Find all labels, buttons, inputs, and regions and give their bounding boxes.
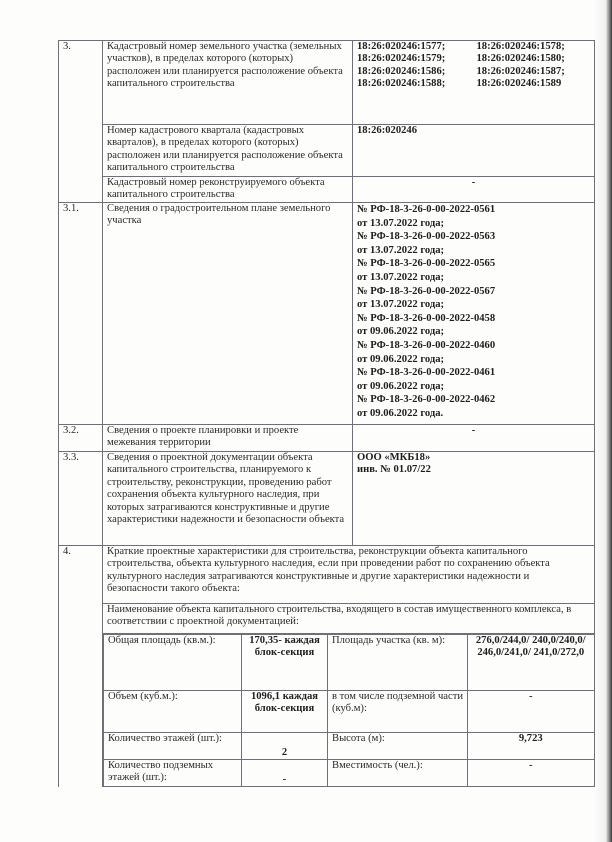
plan-number: № РФ-18-3-26-0-00-2022-0563 xyxy=(357,230,590,244)
permit-document: 3. Кадастровый номер земельного участка … xyxy=(58,40,595,787)
underground-volume-value: - xyxy=(468,691,595,733)
capacity-value: - xyxy=(468,760,595,787)
row-number: 3.2. xyxy=(59,425,103,452)
row-area: Общая площадь (кв.м.): 170,35- каждая бл… xyxy=(104,635,595,691)
plot-area-value: 276,0/244,0/ 240,0/240,0/ 246,0/241,0/ 2… xyxy=(468,635,595,691)
cadastral-quarter-value: 18:26:020246 xyxy=(353,125,595,177)
row-4-characteristics-header: 4. Краткие проектные характеристики для … xyxy=(59,546,595,604)
characteristics-table: Общая площадь (кв.м.): 170,35- каждая бл… xyxy=(103,634,595,787)
plan-number: № РФ-18-3-26-0-00-2022-0567 xyxy=(357,285,590,299)
row-3-2-planning-project: 3.2. Сведения о проекте планировки и про… xyxy=(59,425,595,452)
cadastral-number: 18:26:020246:1577; xyxy=(357,41,471,53)
plan-number: № РФ-18-3-26-0-00-2022-0462 xyxy=(357,393,590,407)
project-documentation-value: ООО «МКБ18» инв. № 01.07/22 xyxy=(353,452,595,546)
plan-number: № РФ-18-3-26-0-00-2022-0565 xyxy=(357,257,590,271)
underground-floors-value: - xyxy=(242,760,328,787)
floors-value: 2 xyxy=(242,733,328,760)
row-underground-floors: Количество подземных этажей (шт.): - Вме… xyxy=(104,760,595,787)
plan-number: № РФ-18-3-26-0-00-2022-0458 xyxy=(357,312,590,326)
row-3-cadastral-plot: 3. Кадастровый номер земельного участка … xyxy=(59,41,595,125)
row-4-characteristics: Общая площадь (кв.м.): 170,35- каждая бл… xyxy=(59,634,595,788)
total-area-label: Общая площадь (кв.м.): xyxy=(104,635,242,691)
designer-name: ООО «МКБ18» xyxy=(357,452,590,464)
plan-number: № РФ-18-3-26-0-00-2022-0561 xyxy=(357,203,590,217)
row-label: Кадастровый номер реконструируемого объе… xyxy=(103,177,353,203)
row-number: 3.3. xyxy=(59,452,103,546)
row-label: Краткие проектные характеристики для стр… xyxy=(103,546,595,604)
plan-number: № РФ-18-3-26-0-00-2022-0461 xyxy=(357,366,590,380)
cadastral-number: 18:26:020246:1580; xyxy=(477,53,591,65)
plan-date: от 13.07.2022 года; xyxy=(357,244,590,258)
cadastral-number: 18:26:020246:1586; xyxy=(357,66,471,78)
object-name-label: Наименование объекта капитального строит… xyxy=(103,604,595,634)
cadastral-number: 18:26:020246:1587; xyxy=(477,66,591,78)
cadastral-number: 18:26:020246:1578; xyxy=(477,41,591,53)
capacity-label: Вместимость (чел.): xyxy=(328,760,468,787)
plan-date: от 09.06.2022 года; xyxy=(357,353,590,367)
planning-project-value: - xyxy=(353,425,595,452)
cadastral-number: 18:26:020246:1588; xyxy=(357,78,471,90)
height-value: 9,723 xyxy=(468,733,595,760)
row-label: Сведения о градостроительном плане земел… xyxy=(103,203,353,425)
permit-table: 3. Кадастровый номер земельного участка … xyxy=(58,40,595,787)
reconstructed-value: - xyxy=(353,177,595,203)
underground-volume-label: в том числе подземной части (куб.м): xyxy=(328,691,468,733)
plan-date: от 09.06.2022 года; xyxy=(357,380,590,394)
page-edge xyxy=(606,0,612,842)
cadastral-number: 18:26:020246:1589 xyxy=(477,78,591,90)
row-3-3-project-documentation: 3.3. Сведения о проектной документации о… xyxy=(59,452,595,546)
row-floors: Количество этажей (шт.): 2 Высота (м): 9… xyxy=(104,733,595,760)
plan-date: от 13.07.2022 года; xyxy=(357,271,590,285)
row-label: Номер кадастрового квартала (кадастровых… xyxy=(103,125,353,177)
row-number: 3. xyxy=(59,41,103,125)
height-label: Высота (м): xyxy=(328,733,468,760)
volume-value: 1096,1 каждая блок-секция xyxy=(242,691,328,733)
row-4-object-name: Наименование объекта капитального строит… xyxy=(59,604,595,634)
plan-date: от 09.06.2022 года. xyxy=(357,407,590,421)
cadastral-number: 18:26:020246:1579; xyxy=(357,53,471,65)
plan-number: № РФ-18-3-26-0-00-2022-0460 xyxy=(357,339,590,353)
cadastral-numbers: 18:26:020246:1577; 18:26:020246:1578; 18… xyxy=(353,41,595,125)
floors-label: Количество этажей (шт.): xyxy=(104,733,242,760)
row-label: Сведения о проекте планировки и проекте … xyxy=(103,425,353,452)
plot-area-label: Площадь участка (кв. м): xyxy=(328,635,468,691)
underground-floors-label: Количество подземных этажей (шт.): xyxy=(104,760,242,787)
row-3-reconstructed-object: Кадастровый номер реконструируемого объе… xyxy=(59,177,595,203)
total-area-value: 170,35- каждая блок-секция xyxy=(242,635,328,691)
plan-date: от 09.06.2022 года; xyxy=(357,325,590,339)
urban-plan-list: № РФ-18-3-26-0-00-2022-0561 от 13.07.202… xyxy=(353,203,595,425)
plan-date: от 13.07.2022 года; xyxy=(357,298,590,312)
row-number: 4. xyxy=(59,546,103,604)
row-number: 3.1. xyxy=(59,203,103,425)
inventory-number: инв. № 01.07/22 xyxy=(357,464,590,476)
row-label: Сведения о проектной документации объект… xyxy=(103,452,353,546)
volume-label: Объем (куб.м.): xyxy=(104,691,242,733)
row-3-cadastral-quarter: Номер кадастрового квартала (кадастровых… xyxy=(59,125,595,177)
row-3-1-urban-plan: 3.1. Сведения о градостроительном плане … xyxy=(59,203,595,425)
row-label: Кадастровый номер земельного участка (зе… xyxy=(103,41,353,125)
row-volume: Объем (куб.м.): 1096,1 каждая блок-секци… xyxy=(104,691,595,733)
plan-date: от 13.07.2022 года; xyxy=(357,217,590,231)
